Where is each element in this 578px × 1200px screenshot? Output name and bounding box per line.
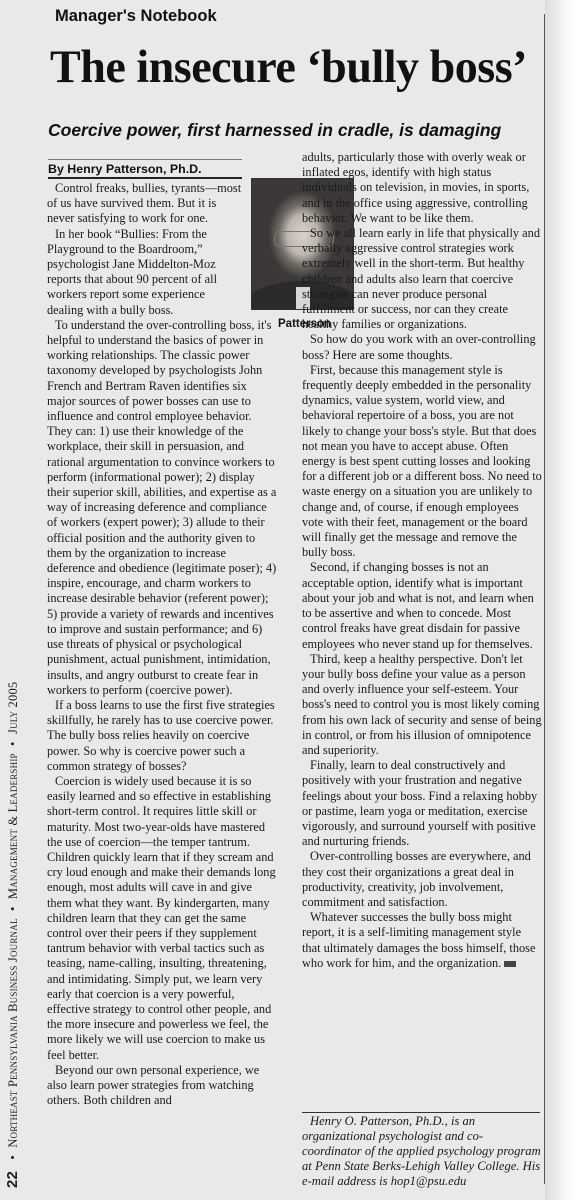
page-edge-shadow xyxy=(545,0,578,1200)
paragraph: First, because this management style is … xyxy=(302,363,542,561)
paragraph: So we all learn early in life that physi… xyxy=(302,226,542,332)
author-bio: Henry O. Patterson, Ph.D., is an organiz… xyxy=(302,1114,542,1189)
paragraph-text: adults, particularly those with overly w… xyxy=(302,150,529,225)
paragraph-final: Whatever successes the bully boss might … xyxy=(302,910,542,971)
issue-date: July 2005 xyxy=(6,682,20,734)
paragraph: Over-controlling bosses are everywhere, … xyxy=(302,849,542,910)
paragraph: In her book “Bullies: From the Playgroun… xyxy=(47,227,243,318)
paragraph-text: Whatever successes the bully boss might … xyxy=(302,910,535,970)
byline-rule-top xyxy=(48,159,242,160)
bio-rule xyxy=(302,1112,540,1113)
column-rule-right xyxy=(544,14,545,1184)
folio-separator: • xyxy=(6,1155,20,1160)
page-number: 22 xyxy=(4,1171,21,1188)
paragraph: adults, particularly those with overly w… xyxy=(302,150,542,226)
subheadline: Coercive power, first harnessed in cradl… xyxy=(48,120,501,141)
folio-separator: • xyxy=(6,906,20,911)
page-folio: 22 • Northeast Pennsylvania Business Jou… xyxy=(4,682,21,1188)
byline-rule-bottom xyxy=(48,177,242,179)
folio-separator: • xyxy=(6,741,20,746)
paragraph: If a boss learns to use the first five s… xyxy=(47,698,277,774)
headline: The insecure ‘bully boss’ xyxy=(50,40,527,94)
end-mark-icon xyxy=(504,961,516,967)
article-column-left: Control freaks, bullies, tyrants—most of… xyxy=(47,181,277,1108)
paragraph: So how do you work with an over-controll… xyxy=(302,332,542,362)
section-kicker: Manager's Notebook xyxy=(55,7,217,26)
publication-name: Northeast Pennsylvania Business Journal xyxy=(6,918,20,1147)
paragraph: Second, if changing bosses is not an acc… xyxy=(302,560,542,651)
paragraph: Finally, learn to deal constructively an… xyxy=(302,758,542,849)
paragraph: Control freaks, bullies, tyrants—most of… xyxy=(47,181,243,227)
paragraph: To understand the over-controlling boss,… xyxy=(47,318,277,698)
article-column-right: adults, particularly those with overly w… xyxy=(302,150,542,971)
section-name: Management & Leadership xyxy=(6,753,20,899)
paragraph: Beyond our own personal experience, we a… xyxy=(47,1063,277,1109)
paragraph: Coercion is widely used because it is so… xyxy=(47,774,277,1063)
paragraph: Third, keep a healthy perspective. Don't… xyxy=(302,652,542,758)
bio-text: Henry O. Patterson, Ph.D., is an organiz… xyxy=(302,1114,542,1189)
byline: By Henry Patterson, Ph.D. xyxy=(48,162,202,176)
